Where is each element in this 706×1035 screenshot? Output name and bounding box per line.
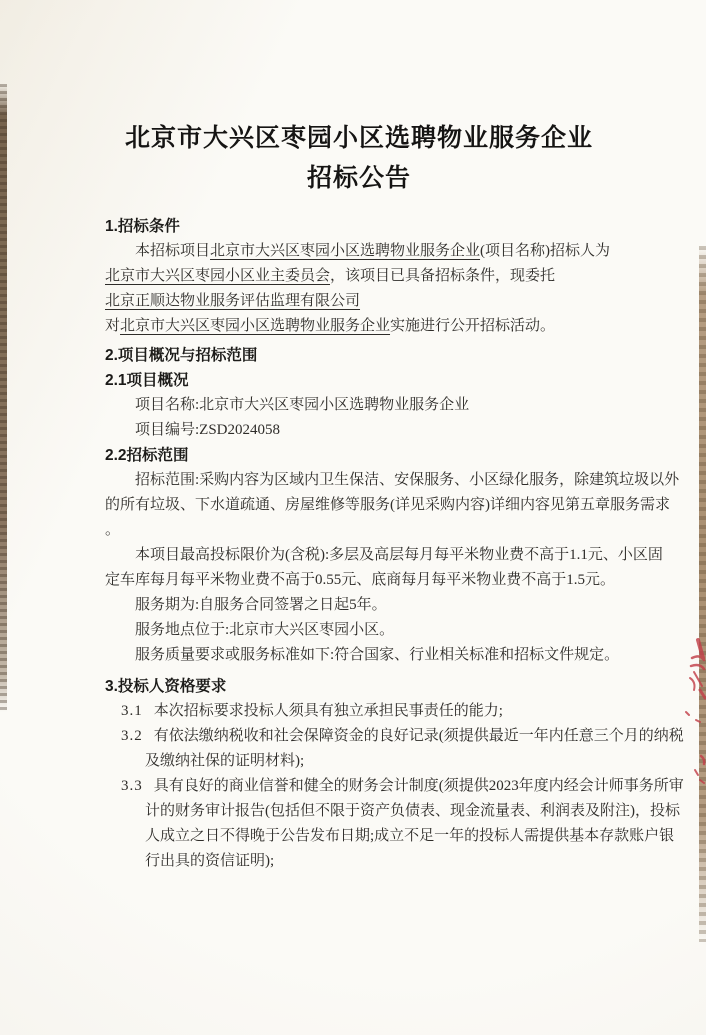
- text-run: (项目名称)招标人为: [480, 243, 610, 259]
- price-limit-line1: 本项目最高投标限价为(含税):多层及高层每月每平米物业费不高于1.1元、小区固: [105, 543, 613, 568]
- section1-paragraph-line3: 北京正顺达物业服务评估监理有限公司: [105, 289, 613, 314]
- service-location-line: 服务地点位于:北京市大兴区枣园小区。: [105, 618, 613, 643]
- scope-line3: 。: [105, 518, 613, 543]
- project-name-line: 项目名称:北京市大兴区枣园小区选聘物业服务企业: [105, 393, 613, 418]
- text-run: 对: [105, 318, 120, 334]
- qualification-item-3-3-cont2: 人成立之日不得晚于公告发布日期;成立不足一年的投标人需提供基本存款账户银: [105, 824, 613, 849]
- text-run: 具有良好的商业信誉和健全的财务会计制度(须提供2023年度内经会计师事务所审: [154, 778, 684, 794]
- title-line-1: 北京市大兴区枣园小区选聘物业服务企业: [105, 118, 613, 158]
- document-title: 北京市大兴区枣园小区选聘物业服务企业 招标公告: [105, 118, 613, 198]
- underlined-project-name: 北京市大兴区枣园小区选聘物业服务企业: [120, 318, 390, 334]
- item-number: 3.2: [121, 724, 143, 749]
- qualification-item-3-3-cont1: 计的财务审计报告(包括但不限于资产负债表、现金流量表、利润表及附注)，投标: [105, 799, 613, 824]
- qualification-item-3-2-cont: 及缴纳社保的证明材料);: [105, 749, 613, 774]
- text-run: 本招标项目: [135, 243, 210, 259]
- section1-heading: 1.招标条件: [105, 214, 613, 239]
- item-number: 3.3: [121, 774, 143, 799]
- scan-edge-right: [699, 246, 706, 942]
- service-quality-line: 服务质量要求或服务标准如下:符合国家、行业相关标准和招标文件规定。: [105, 643, 613, 668]
- qualification-item-3-1: 3.1本次招标要求投标人须具有独立承担民事责任的能力;: [105, 699, 613, 724]
- underlined-project-name: 北京市大兴区枣园小区选聘物业服务企业: [210, 243, 480, 259]
- section2-2-heading: 2.2招标范围: [105, 443, 613, 468]
- section2-1-heading: 2.1项目概况: [105, 368, 613, 393]
- section2-heading: 2.项目概况与招标范围: [105, 343, 613, 368]
- qualification-item-3-3: 3.3具有良好的商业信誉和健全的财务会计制度(须提供2023年度内经会计师事务所…: [105, 774, 613, 799]
- scan-edge-left: [0, 84, 7, 712]
- text-run: 实施进行公开招标活动。: [390, 318, 555, 334]
- scope-line1: 招标范围:采购内容为区域内卫生保洁、安保服务、小区绿化服务，除建筑垃圾以外: [105, 468, 613, 493]
- text-run: ，该项目已具备招标条件，现委托: [330, 268, 555, 284]
- service-term-line: 服务期为:自服务合同签署之日起5年。: [105, 593, 613, 618]
- scanned-page: 北京市大兴区枣园小区选聘物业服务企业 招标公告 1.招标条件 本招标项目北京市大…: [0, 0, 706, 1035]
- project-number-line: 项目编号:ZSD2024058: [105, 418, 613, 443]
- title-line-2: 招标公告: [105, 158, 613, 198]
- underlined-agency-name: 北京正顺达物业服务评估监理有限公司: [105, 293, 360, 309]
- text-run: 有依法缴纳税收和社会保障资金的良好记录(须提供最近一年内任意三个月的纳税: [154, 728, 684, 744]
- section1-paragraph-line1: 本招标项目北京市大兴区枣园小区选聘物业服务企业(项目名称)招标人为: [105, 239, 613, 264]
- section3-heading: 3.投标人资格要求: [105, 674, 613, 699]
- qualification-item-3-2: 3.2有依法缴纳税收和社会保障资金的良好记录(须提供最近一年内任意三个月的纳税: [105, 724, 613, 749]
- text-run: 本次招标要求投标人须具有独立承担民事责任的能力;: [154, 703, 503, 719]
- section1-paragraph-line4: 对北京市大兴区枣园小区选聘物业服务企业实施进行公开招标活动。: [105, 314, 613, 339]
- scope-line2: 的所有垃圾、下水道疏通、房屋维修等服务(详见采购内容)详细内容见第五章服务需求: [105, 493, 613, 518]
- item-number: 3.1: [121, 699, 143, 724]
- section1-paragraph-line2: 北京市大兴区枣园小区业主委员会，该项目已具备招标条件，现委托: [105, 264, 613, 289]
- price-limit-line2: 定车库每月每平米物业费不高于0.55元、底商每月每平米物业费不高于1.5元。: [105, 568, 613, 593]
- document-content: 北京市大兴区枣园小区选聘物业服务企业 招标公告 1.招标条件 本招标项目北京市大…: [105, 0, 613, 874]
- underlined-tenderee-name: 北京市大兴区枣园小区业主委员会: [105, 268, 330, 284]
- qualification-item-3-3-cont3: 行出具的资信证明);: [105, 849, 613, 874]
